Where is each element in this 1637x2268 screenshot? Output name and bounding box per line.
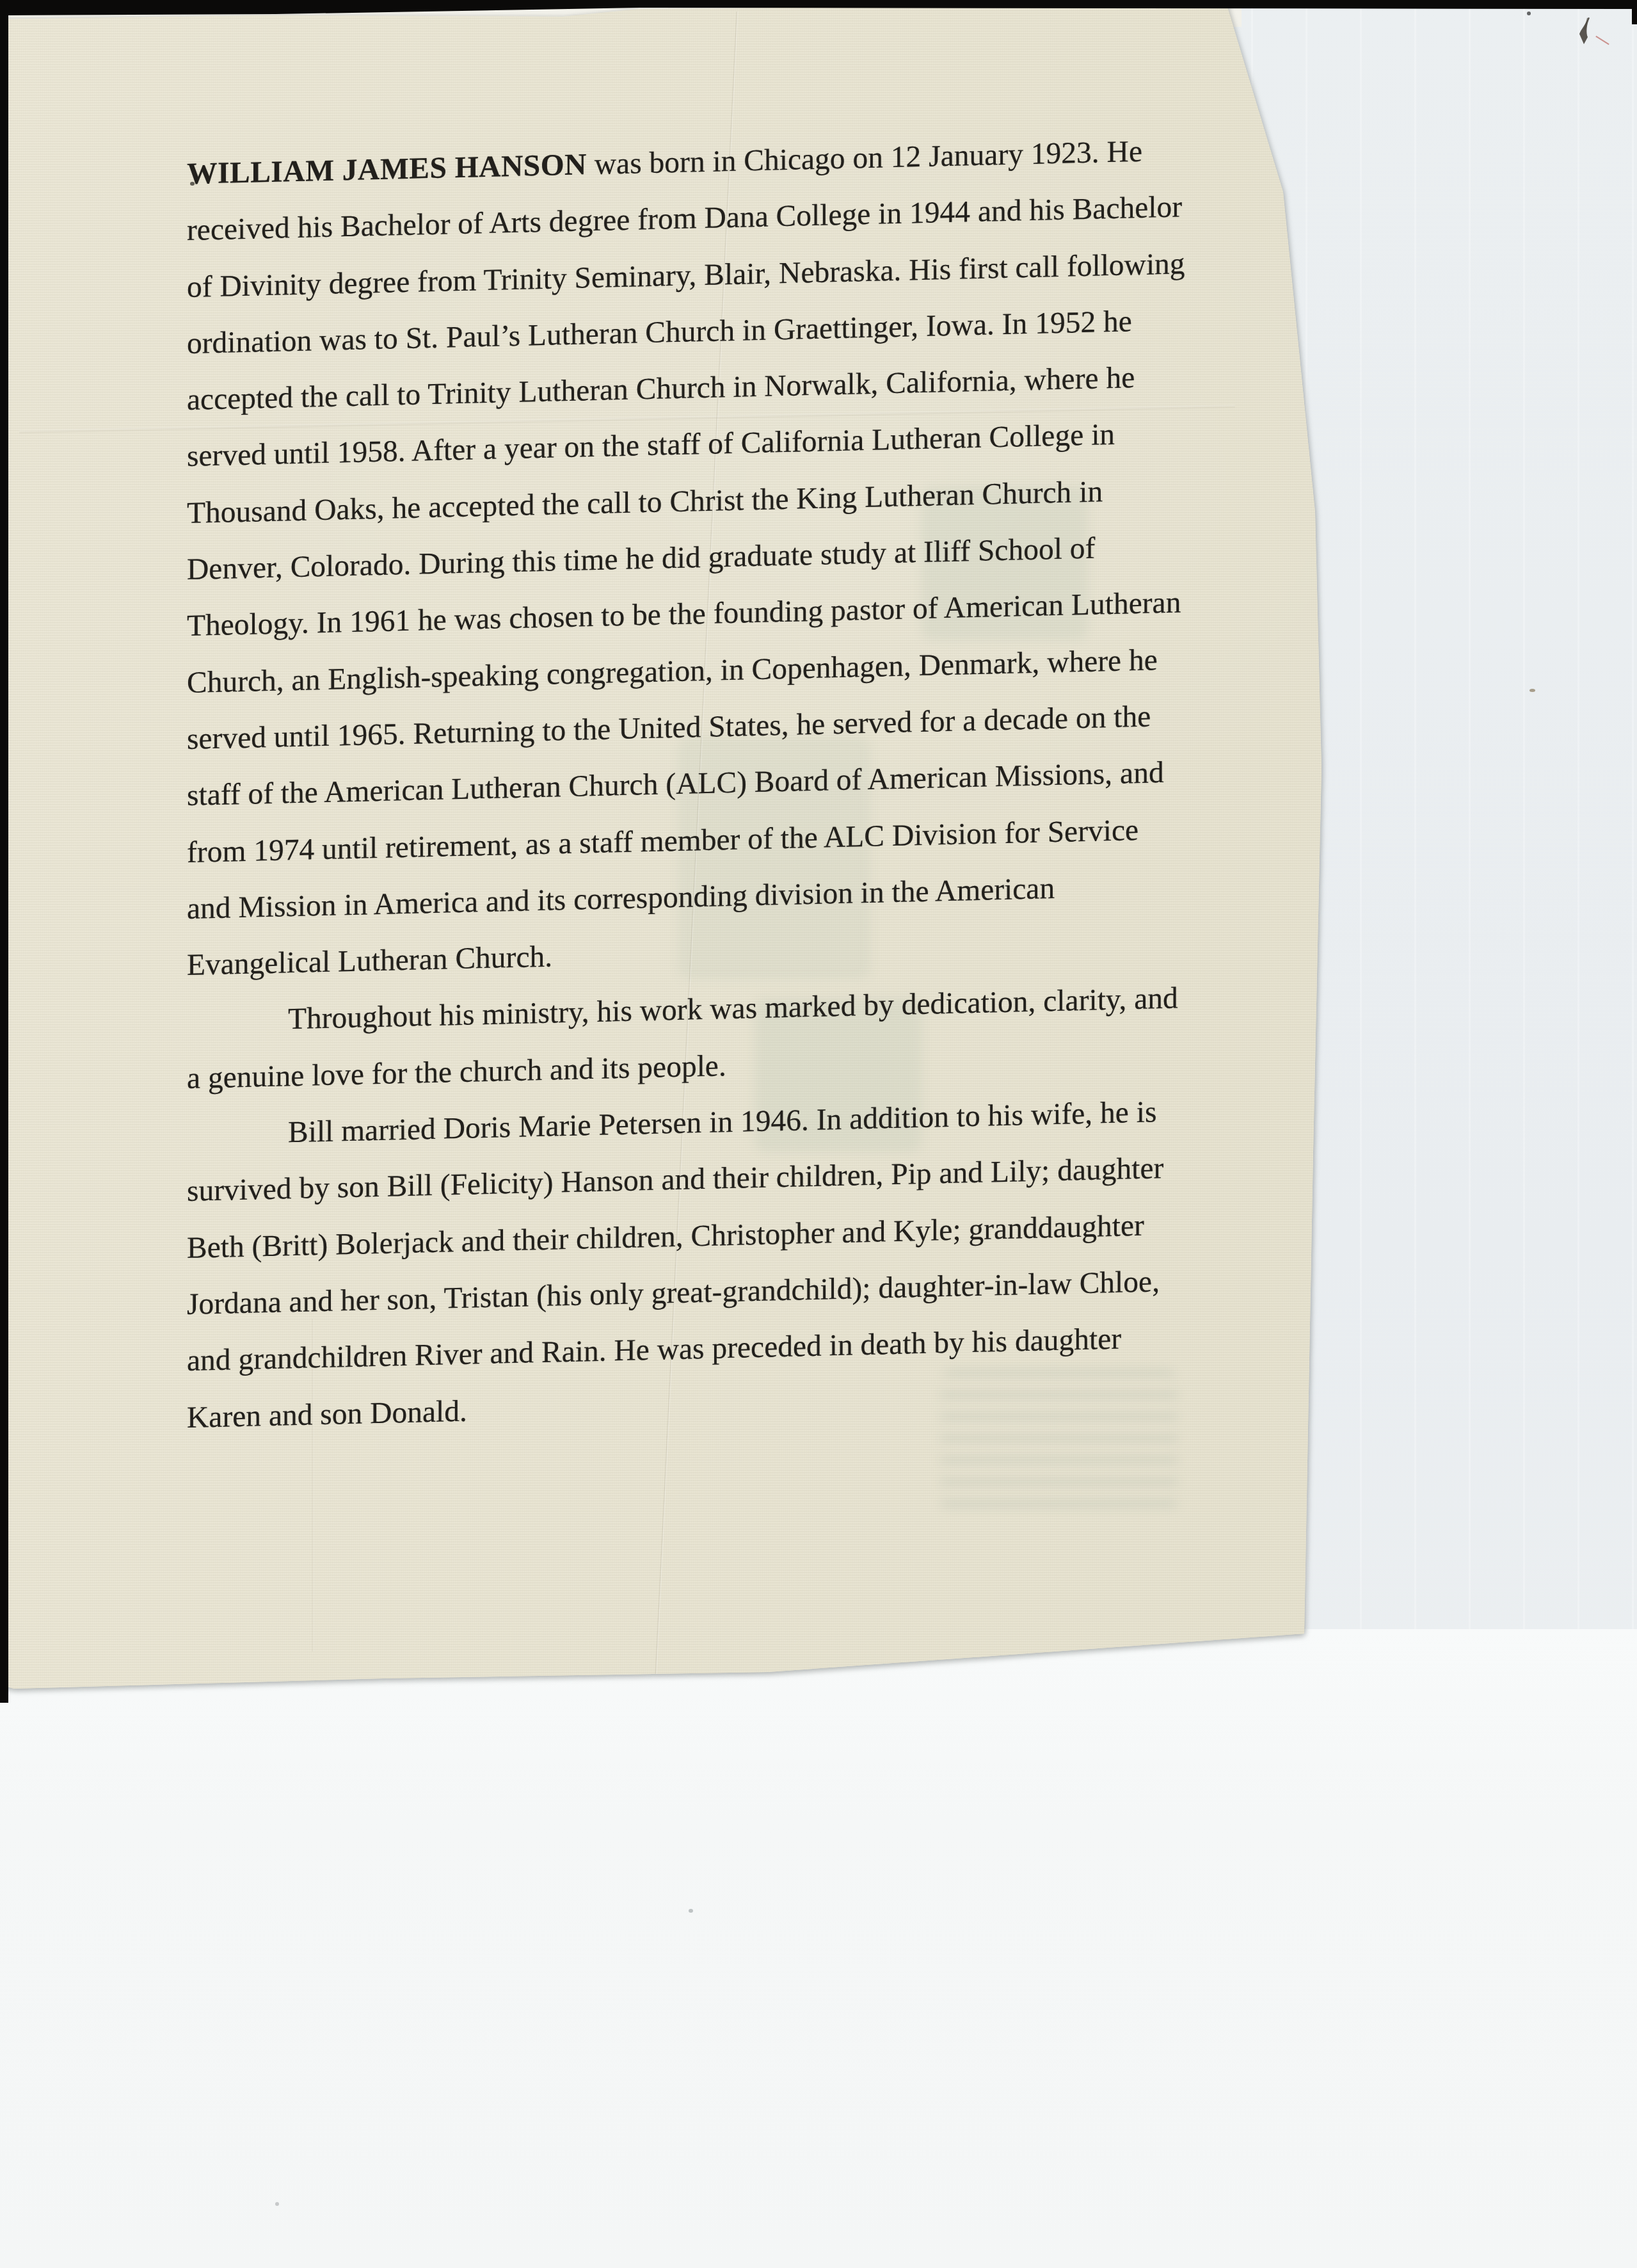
scanner-edge-corner bbox=[1632, 0, 1637, 24]
obituary-text: WILLIAM JAMES HANSON was born in Chicago… bbox=[187, 122, 1211, 1446]
dust-speck bbox=[190, 182, 195, 186]
dust-speck bbox=[1529, 689, 1535, 692]
obituary-paper: WILLIAM JAMES HANSON was born in Chicago… bbox=[0, 0, 1344, 1703]
scanned-document-page: WILLIAM JAMES HANSON was born in Chicago… bbox=[0, 0, 1637, 2268]
paper-shadow: WILLIAM JAMES HANSON was born in Chicago… bbox=[0, 0, 1637, 2268]
scanner-edge-left bbox=[0, 13, 8, 1703]
dust-speck bbox=[1527, 12, 1531, 15]
deceased-name: WILLIAM JAMES HANSON bbox=[187, 148, 587, 191]
dust-speck bbox=[275, 2202, 279, 2206]
dust-speck bbox=[689, 1909, 693, 1913]
obituary-line-rest: was born in Chicago on 12 January 1923. … bbox=[587, 135, 1142, 181]
ink-smudge-mark bbox=[1573, 17, 1595, 47]
